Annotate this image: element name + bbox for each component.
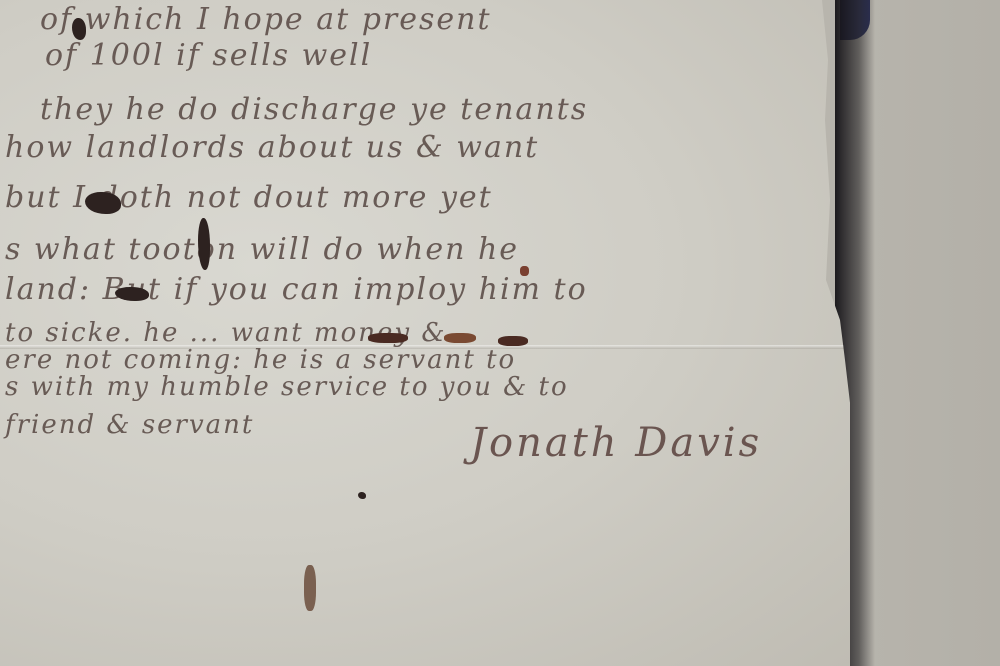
letter-line-2: of 100l if sells well	[45, 38, 372, 73]
letter-line-10: s with my humble service to you & to	[5, 372, 569, 402]
letter-sheet: of which I hope at present of 100l if se…	[0, 0, 850, 666]
signature: Jonath Davis	[470, 420, 762, 466]
ink-blot	[198, 218, 210, 270]
ink-blot	[72, 18, 86, 40]
letter-line-4: how landlords about us & want	[5, 130, 539, 165]
letter-line-9: ere not coming: he is a servant to	[5, 345, 516, 375]
ink-dot	[358, 492, 366, 499]
letter-line-7: land: But if you can imploy him to	[5, 272, 588, 307]
letter-line-11: friend & servant	[5, 410, 254, 440]
letter-line-3: they he do discharge ye tenants	[40, 92, 588, 127]
letter-line-5: but I doth not dout more yet	[5, 180, 493, 215]
rust-stain	[520, 266, 529, 276]
rust-stain	[498, 336, 528, 346]
letter-line-6: s what tooton will do when he	[5, 232, 519, 267]
rust-stain	[444, 333, 476, 343]
rust-stain	[368, 333, 408, 343]
letter-line-1: of which I hope at present	[40, 2, 492, 37]
smudge-mark	[304, 565, 316, 611]
